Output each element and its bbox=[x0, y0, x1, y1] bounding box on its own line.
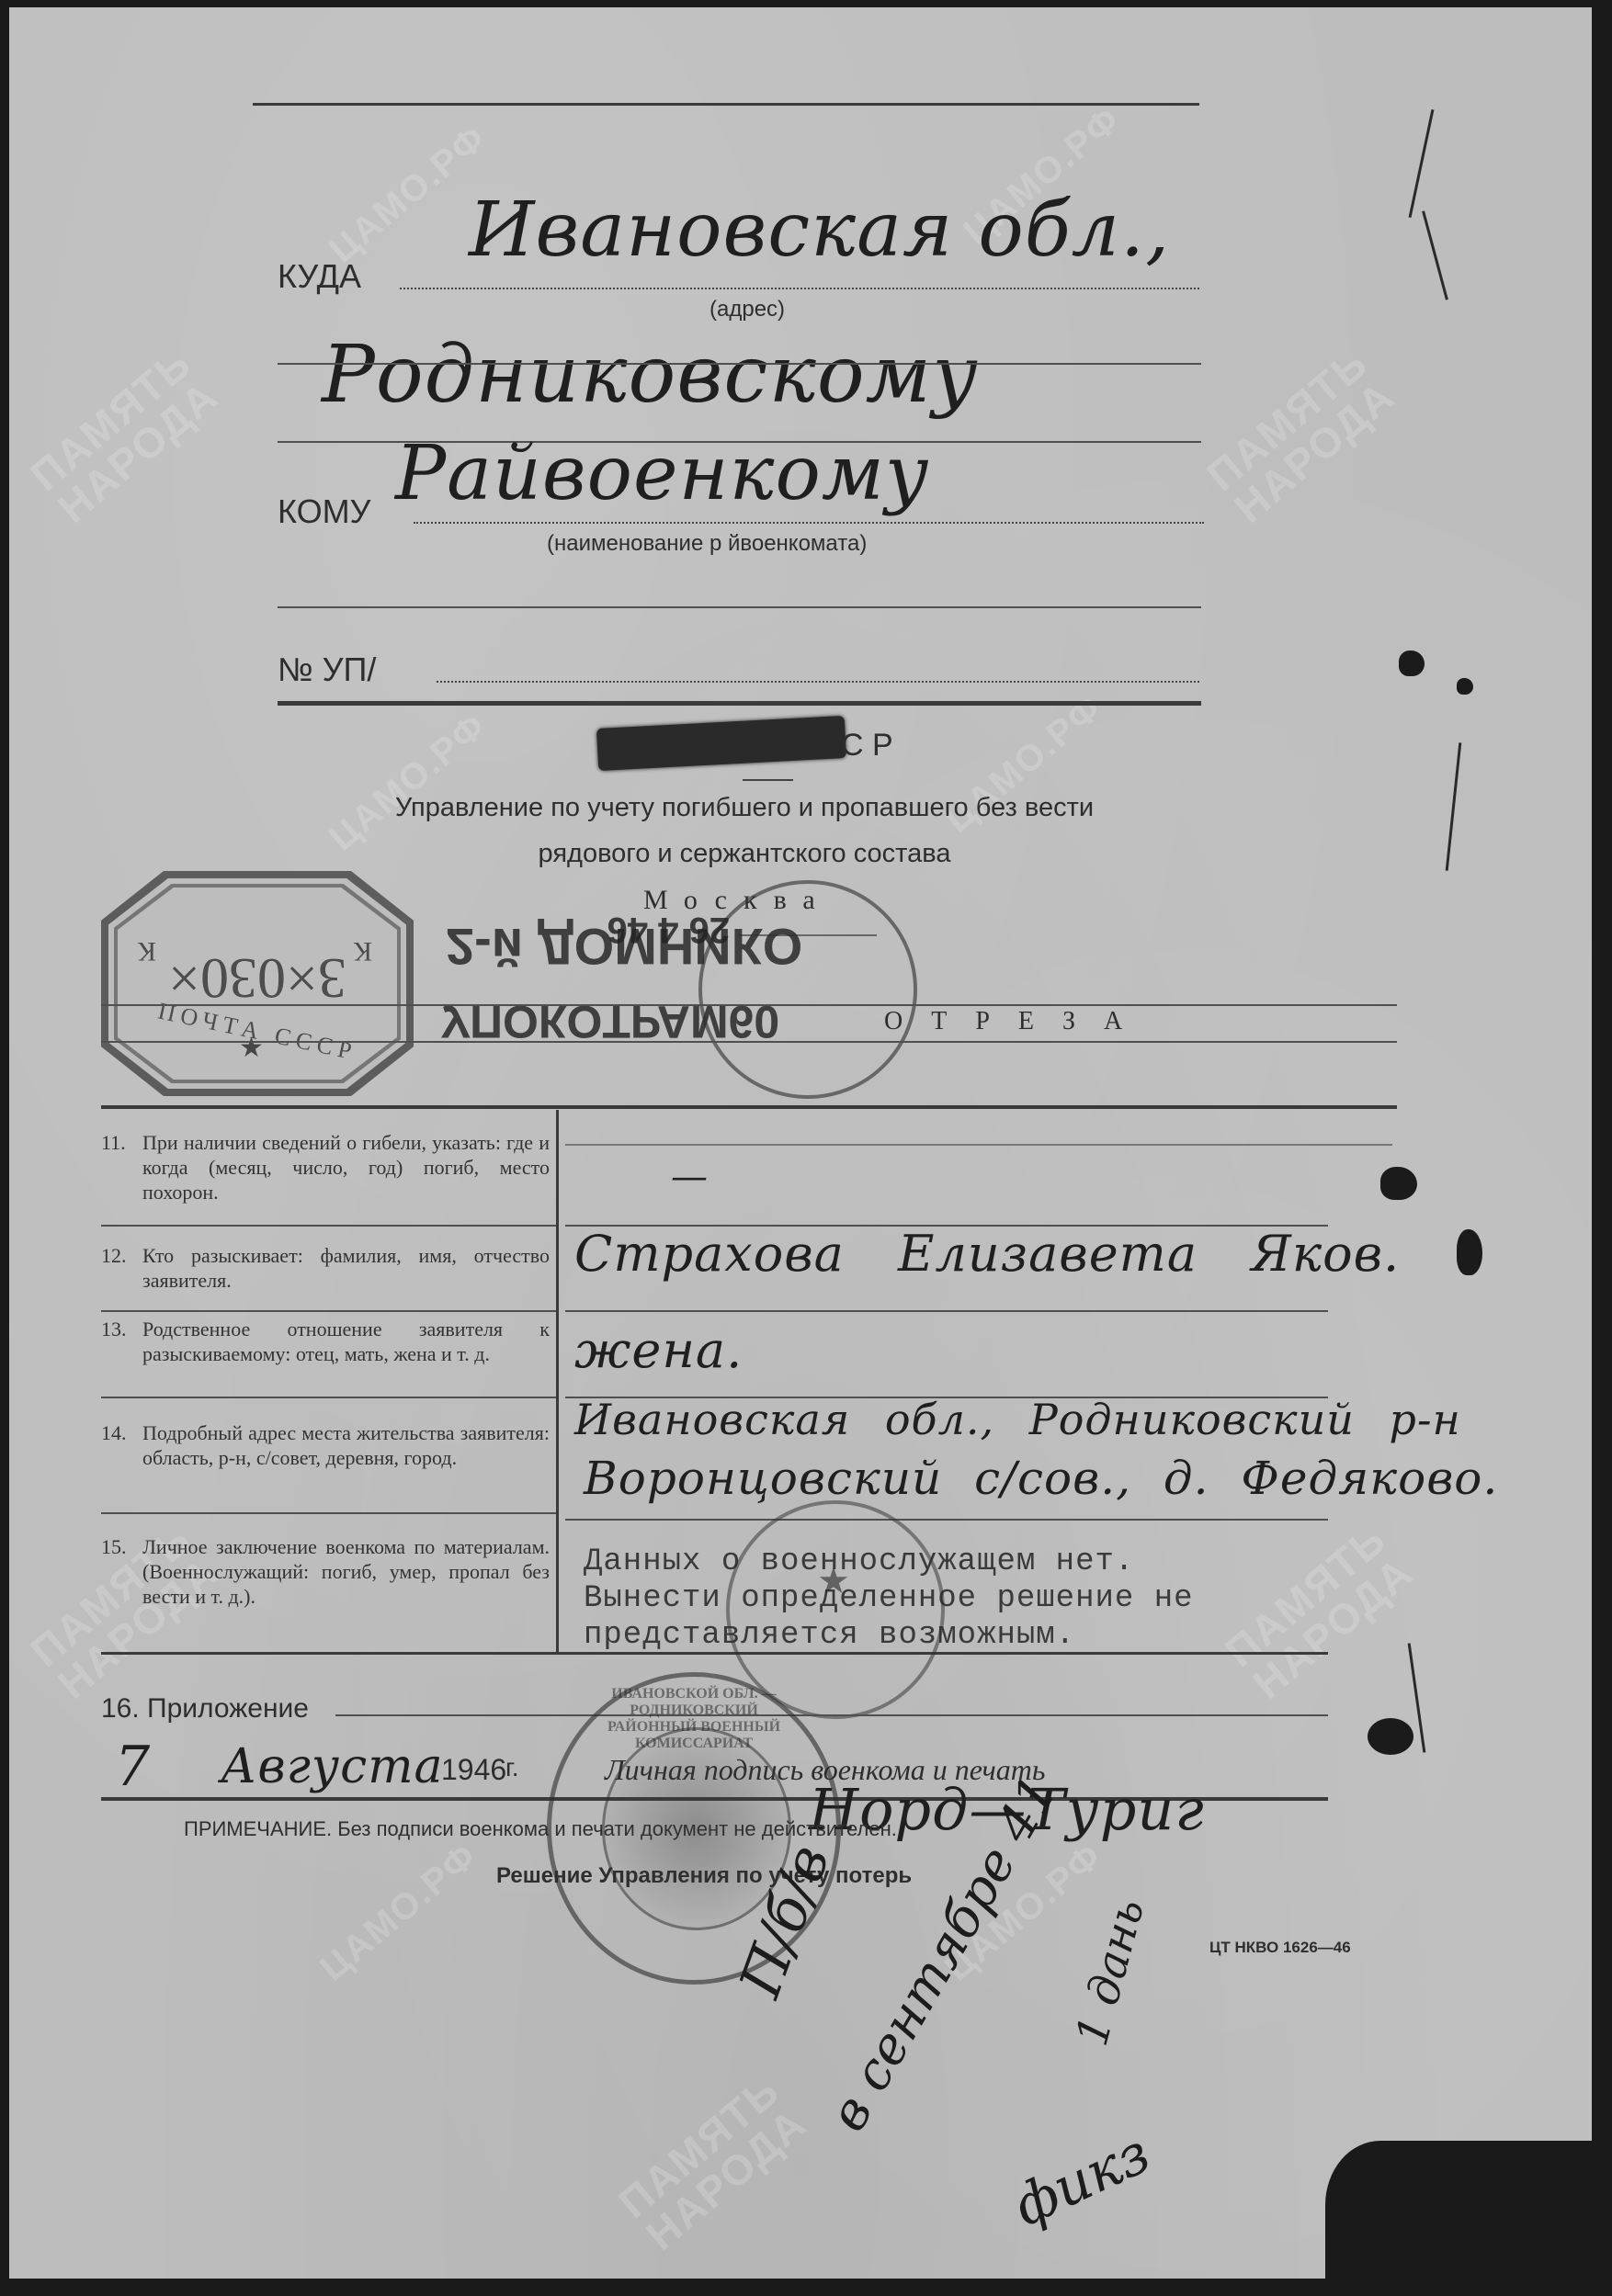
answer-14-line1: Ивановская обл., Родниковский р-н bbox=[574, 1395, 1461, 1444]
komu-value: Райвоенкому bbox=[395, 430, 929, 517]
question-12: 12. Кто разыскивает: фамилия, имя, отчес… bbox=[101, 1243, 550, 1293]
answer-11-rule bbox=[565, 1144, 1392, 1146]
kuda-line bbox=[400, 288, 1199, 289]
country-suffix: С Р bbox=[841, 728, 893, 763]
postal-stamp-k-right: К bbox=[354, 935, 372, 967]
kuda-label: КУДА bbox=[278, 257, 361, 296]
paper-hole bbox=[1457, 678, 1473, 695]
answer-11: — bbox=[671, 1156, 709, 1198]
komu-rule-1 bbox=[278, 363, 1201, 365]
paper-hole bbox=[1380, 1167, 1417, 1200]
q14-rule bbox=[101, 1512, 556, 1514]
star-icon: ★ bbox=[817, 1559, 850, 1602]
department-line1: Управление по учету погибшего и пропавше… bbox=[285, 793, 1204, 823]
question-15: 15. Личное заключение военкома по матери… bbox=[101, 1534, 550, 1609]
decision-initials: фикз bbox=[1004, 2121, 1159, 2240]
header-rule bbox=[278, 701, 1201, 706]
komu-label: КОМУ bbox=[278, 492, 370, 531]
decision-handwritten-3: 1 дань bbox=[1066, 1894, 1154, 2052]
header-short-rule bbox=[743, 779, 793, 781]
torn-corner bbox=[1325, 2141, 1592, 2279]
up-line bbox=[437, 681, 1199, 683]
komu-line bbox=[414, 522, 1204, 524]
otreza-label: О Т Р Е З А bbox=[884, 1007, 1133, 1036]
answer-14-line2: Воронцовский с/сов., д. Федяково. bbox=[584, 1452, 1498, 1505]
watermark-pamyat-naroda: ПАМЯТЬНАРОДА bbox=[611, 2068, 814, 2257]
attachment-line bbox=[335, 1714, 1328, 1716]
otreza-rule-bottom bbox=[101, 1041, 1397, 1043]
watermark-pamyat-naroda: ПАМЯТЬНАРОДА bbox=[1199, 341, 1402, 530]
date-suffix: г. bbox=[505, 1753, 519, 1782]
question-11: 11. При наличии сведений о гибели, указа… bbox=[101, 1130, 550, 1205]
document-page: ПАМЯТЬНАРОДА ПАМЯТЬНАРОДА ПАМЯТЬНАРОДА П… bbox=[9, 7, 1592, 2279]
kuda-caption: (адрес) bbox=[710, 297, 785, 322]
postal-stamp: 3×030× К К ★ ПОЧТА СССР bbox=[101, 871, 414, 1096]
print-code: ЦТ НКВО 1626—46 bbox=[1209, 1939, 1351, 1957]
kuda-value: Ивановская обл., bbox=[469, 187, 1170, 274]
paper-hole bbox=[1368, 1718, 1413, 1755]
watermark-pamyat-naroda: ПАМЯТЬНАРОДА bbox=[23, 341, 226, 530]
date-year: 1946 bbox=[441, 1753, 506, 1787]
q11-rule bbox=[101, 1225, 556, 1227]
attachment-label: 16. Приложение bbox=[101, 1693, 309, 1725]
paper-crack bbox=[1409, 109, 1435, 218]
answer-12: Страхова Елизавета Яков. bbox=[574, 1225, 1400, 1283]
answer-14-rule bbox=[565, 1519, 1328, 1521]
watermark-tsamo: ЦАМО.РФ bbox=[312, 1835, 486, 1990]
date-month: Августа bbox=[221, 1739, 444, 1794]
date-stamp: 26 4 46 bbox=[698, 880, 917, 1099]
answer-12-rule bbox=[565, 1310, 1328, 1312]
paper-hole bbox=[1399, 650, 1425, 676]
seal-text: ИВАНОВСКОЙ ОБЛ. — РОДНИКОВСКИЙ РАЙОННЫЙ … bbox=[588, 1686, 800, 1752]
table-top-rule bbox=[101, 1105, 1397, 1109]
paper-hole bbox=[1457, 1229, 1482, 1275]
question-13: 13. Родственное отношение заявителя к ра… bbox=[101, 1317, 550, 1366]
department-line2: рядового и сержантского состава bbox=[285, 839, 1204, 869]
question-14: 14. Подробный адрес места жительства зая… bbox=[101, 1420, 550, 1470]
komu-line1: Родниковскому bbox=[322, 329, 979, 421]
q12-rule bbox=[101, 1310, 556, 1312]
date-stamp-date: 26 4 46 bbox=[607, 909, 730, 950]
komu-caption: (наименование р йвоенкомата) bbox=[547, 531, 867, 557]
table-column-divider bbox=[556, 1110, 559, 1652]
table-bottom-rule bbox=[101, 1652, 1328, 1655]
date-day: 7 bbox=[115, 1735, 151, 1799]
paper-crack bbox=[1422, 210, 1448, 300]
watermark-tsamo: ЦАМО.РФ bbox=[322, 705, 495, 860]
komu-rule-3 bbox=[278, 606, 1201, 608]
postal-stamp-k-left: К bbox=[138, 935, 156, 967]
answer-13: жена. bbox=[574, 1321, 743, 1379]
up-label: № УП/ bbox=[278, 650, 376, 689]
otreza-rule-top bbox=[101, 1004, 1397, 1006]
paper-crack bbox=[1446, 742, 1462, 871]
q13-rule bbox=[101, 1397, 556, 1398]
top-rule bbox=[253, 103, 1199, 106]
watermark-pamyat-naroda: ПАМЯТЬНАРОДА bbox=[1218, 1517, 1421, 1706]
redacted-text bbox=[596, 716, 846, 771]
